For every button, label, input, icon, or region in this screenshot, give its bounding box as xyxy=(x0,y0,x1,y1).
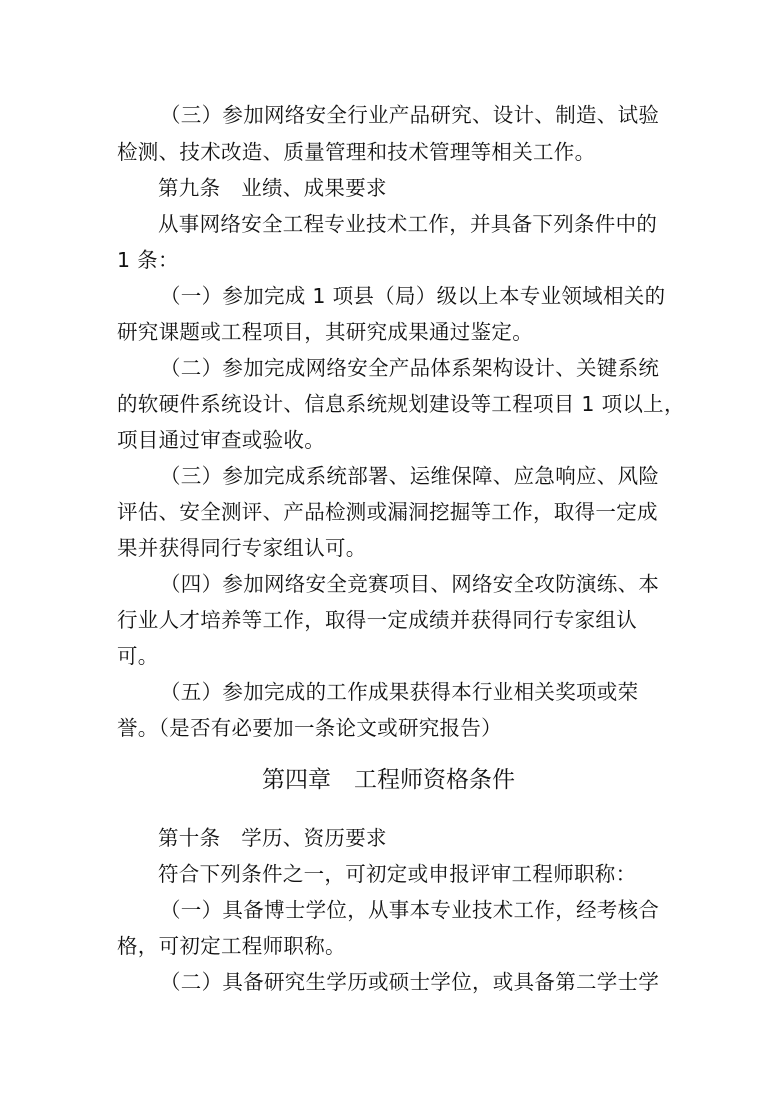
paragraph-line: 项目通过审查或验收。 xyxy=(117,428,325,452)
chapter-heading: 第四章 工程师资格条件 xyxy=(0,766,777,794)
paragraph-line: 检测、技术改造、质量管理和技术管理等相关工作。 xyxy=(117,140,595,164)
paragraph-line: 誉。（是否有必要加一条论文或研究报告） xyxy=(117,716,502,740)
paragraph-line: 从事网络安全工程专业技术工作，并具备下列条件中的 xyxy=(158,212,657,236)
article-title: 第十条 学历、资历要求 xyxy=(158,826,387,850)
paragraph-line: 评估、安全测评、产品检测或漏洞挖掘等工作，取得一定成 xyxy=(117,500,658,524)
paragraph-line: 符合下列条件之一，可初定或申报评审工程师职称： xyxy=(158,862,636,886)
paragraph-line: （二）参加完成网络安全产品体系架构设计、关键系统 xyxy=(160,356,659,380)
paragraph-line: 果并获得同行专家组认可。 xyxy=(117,536,367,560)
paragraph-line: 研究课题或工程项目，其研究成果通过鉴定。 xyxy=(117,320,533,344)
paragraph-line: 1 条： xyxy=(117,248,179,272)
paragraph-line: （二）具备研究生学历或硕士学位，或具备第二学士学 xyxy=(160,970,659,994)
paragraph-line: （五）参加完成的工作成果获得本行业相关奖项或荣 xyxy=(160,680,638,704)
paragraph-line: （三）参加网络安全行业产品研究、设计、制造、试验 xyxy=(160,103,659,127)
article-title: 第九条 业绩、成果要求 xyxy=(158,176,387,200)
paragraph-line: （一）参加完成 1 项县（局）级以上本专业领域相关的 xyxy=(160,284,665,308)
paragraph-line: （三）参加完成系统部署、运维保障、应急响应、风险 xyxy=(160,464,659,488)
paragraph-line: 可。 xyxy=(117,644,159,668)
paragraph-line: （一）具备博士学位，从事本专业技术工作，经考核合 xyxy=(160,898,659,922)
paragraph-line: 行业人才培养等工作，取得一定成绩并获得同行专家组认 xyxy=(117,608,637,632)
paragraph-line: 格，可初定工程师职称。 xyxy=(117,934,346,958)
paragraph-line: （四）参加网络安全竞赛项目、网络安全攻防演练、本 xyxy=(160,572,659,596)
paragraph-line: 的软硬件系统设计、信息系统规划建设等工程项目 1 项以上， xyxy=(117,392,685,416)
